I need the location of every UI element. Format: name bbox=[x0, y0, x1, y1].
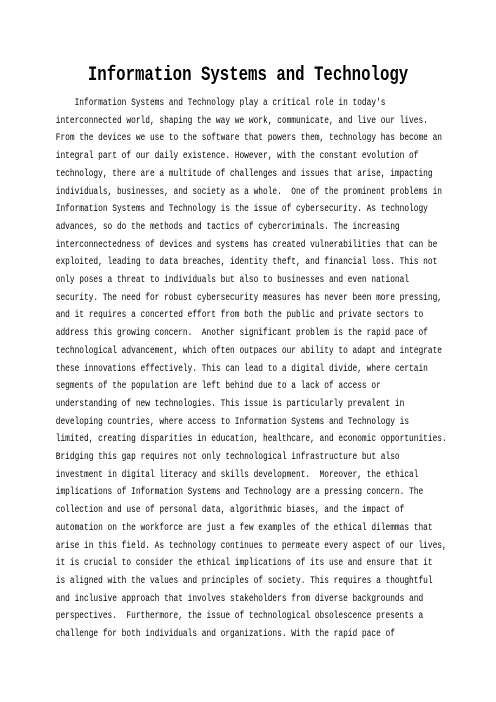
text-line: security. The need for robust cybersecur… bbox=[56, 290, 496, 308]
text-line: interconnectedness of devices and system… bbox=[56, 237, 496, 255]
text-line: individuals, businesses, and society as … bbox=[56, 184, 496, 202]
text-line: developing countries, where access to In… bbox=[56, 414, 496, 432]
text-line: collection and use of personal data, alg… bbox=[56, 502, 496, 520]
text-line: Bridging this gap requires not only tech… bbox=[56, 449, 496, 467]
text-line: arise in this field. As technology conti… bbox=[56, 538, 496, 556]
document-body: Information Systems and Technology play … bbox=[56, 95, 496, 644]
document-title: Information Systems and Technology bbox=[0, 0, 496, 86]
text-line: Information Systems and Technology play … bbox=[56, 95, 496, 113]
text-line: automation on the workforce are just a f… bbox=[56, 520, 496, 538]
document-page: Information Systems and Technology Infor… bbox=[0, 0, 496, 702]
text-line: perspectives. Furthermore, the issue of … bbox=[56, 608, 496, 626]
text-line: exploited, leading to data breaches, ide… bbox=[56, 254, 496, 272]
text-line: limited, creating disparities in educati… bbox=[56, 431, 496, 449]
text-line: and inclusive approach that involves sta… bbox=[56, 591, 496, 609]
text-line: advances, so do the methods and tactics … bbox=[56, 219, 496, 237]
text-line: technology, there are a multitude of cha… bbox=[56, 166, 496, 184]
text-line: and it requires a concerted effort from … bbox=[56, 307, 496, 325]
text-line: From the devices we use to the software … bbox=[56, 130, 496, 148]
document-content: Information Systems and Technology Infor… bbox=[0, 0, 496, 644]
text-line: these innovations effectively. This can … bbox=[56, 361, 496, 379]
text-line: integral part of our daily existence. Ho… bbox=[56, 148, 496, 166]
text-line: implications of Information Systems and … bbox=[56, 484, 496, 502]
text-line: challenge for both individuals and organ… bbox=[56, 626, 496, 644]
text-line: segments of the population are left behi… bbox=[56, 378, 496, 396]
text-line: technological advancement, which often o… bbox=[56, 343, 496, 361]
text-line: only poses a threat to individuals but a… bbox=[56, 272, 496, 290]
text-line: is aligned with the values and principle… bbox=[56, 573, 496, 591]
text-line: it is crucial to consider the ethical im… bbox=[56, 555, 496, 573]
text-line: Information Systems and Technology is th… bbox=[56, 201, 496, 219]
text-line: address this growing concern. Another si… bbox=[56, 325, 496, 343]
text-line: interconnected world, shaping the way we… bbox=[56, 113, 496, 131]
text-line: understanding of new technologies. This … bbox=[56, 396, 496, 414]
text-line: investment in digital literacy and skill… bbox=[56, 467, 496, 485]
